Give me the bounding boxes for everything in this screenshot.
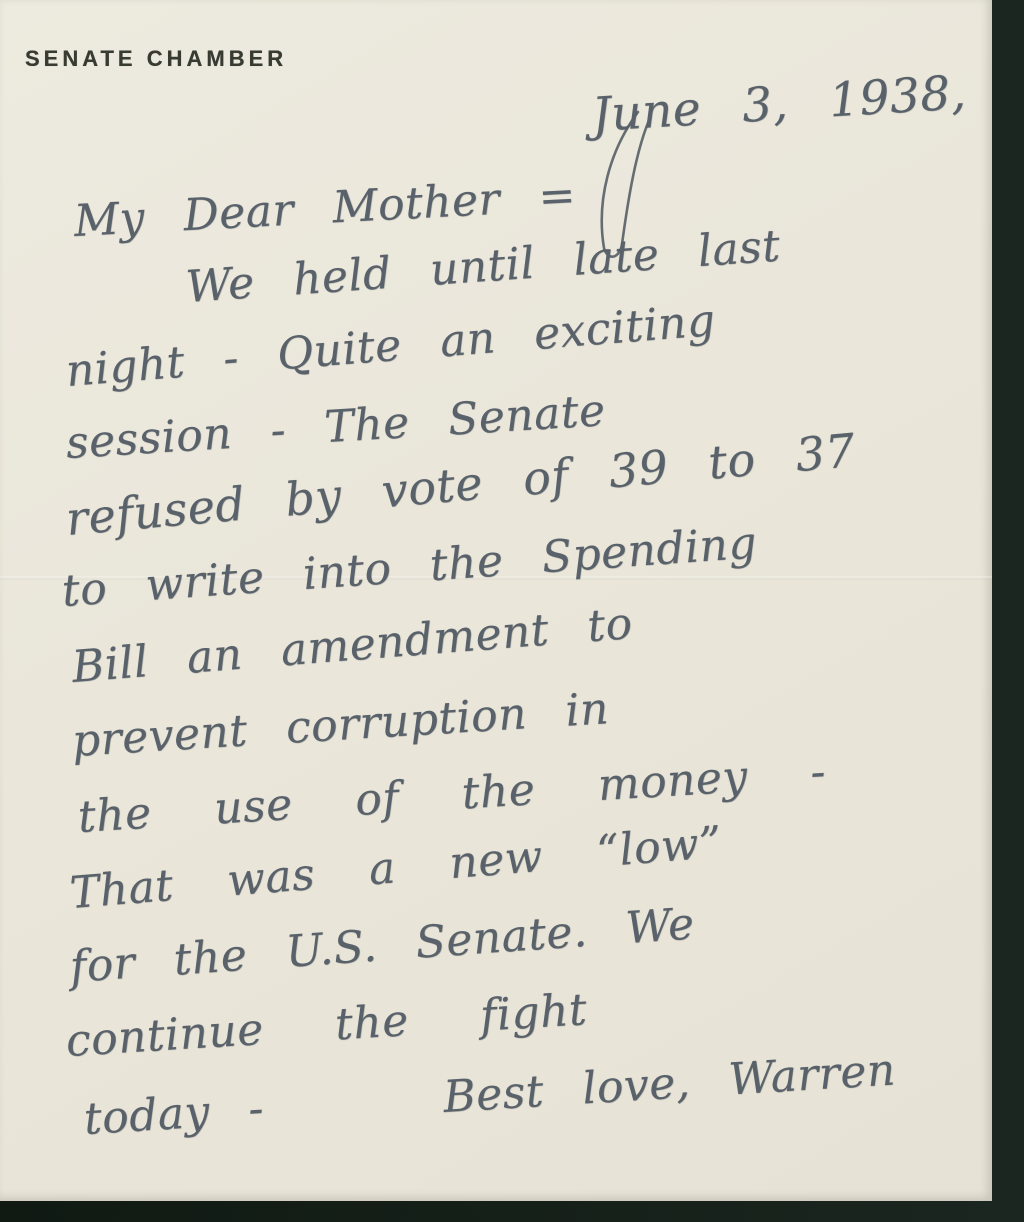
- letter-line: Bill an amendment to: [70, 598, 634, 693]
- scanned-letter: SENATE CHAMBER June 3, 1938, My Dear Mot…: [0, 0, 1024, 1222]
- letterhead-title: SENATE CHAMBER: [25, 46, 287, 72]
- closing-word: today -: [82, 1083, 265, 1145]
- letter-line: prevent corruption in: [70, 683, 610, 767]
- salutation-line: My Dear Mother =: [73, 170, 578, 247]
- letter-line: for the U.S. Senate. We: [68, 898, 696, 993]
- letter-line: night - Quite an exciting: [64, 295, 717, 397]
- date-line: June 3, 1938,: [590, 65, 967, 143]
- letter-line: continue the fight: [64, 984, 588, 1067]
- signature: Best love, Warren: [442, 1044, 897, 1123]
- closing-gap: [265, 1112, 445, 1123]
- letter-paper: SENATE CHAMBER June 3, 1938, My Dear Mot…: [0, 0, 992, 1201]
- closing-line: today -Best love, Warren: [82, 1044, 897, 1145]
